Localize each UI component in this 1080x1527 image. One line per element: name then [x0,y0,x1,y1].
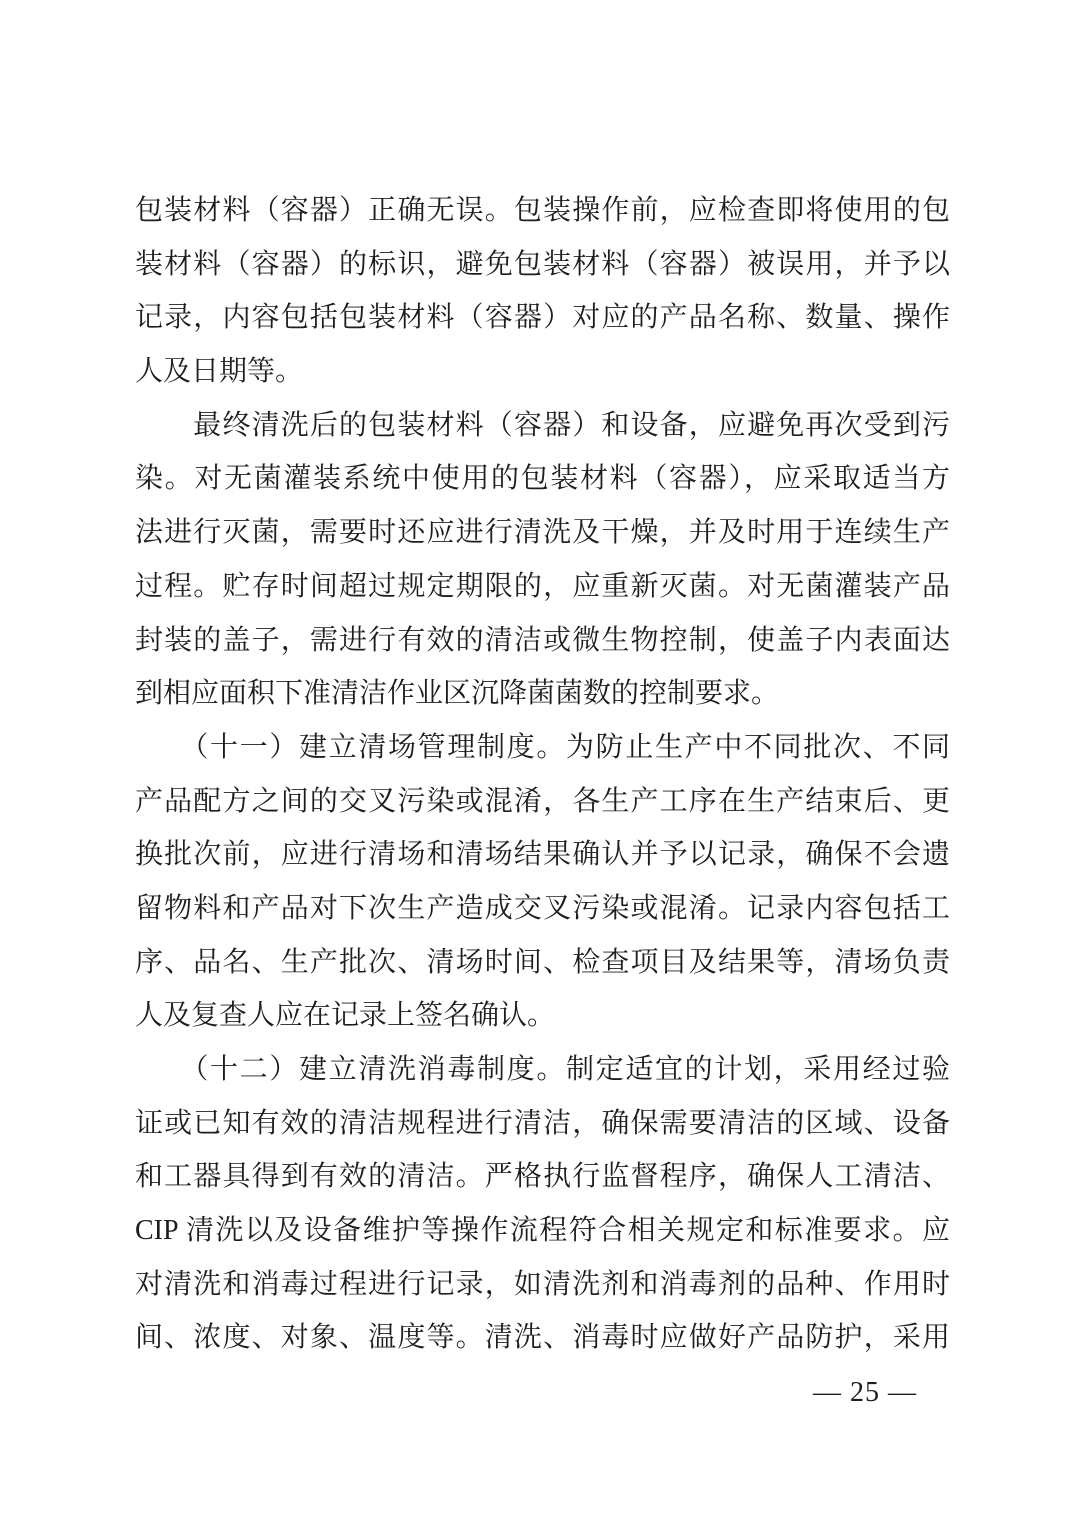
text-line: 证或已知有效的清洁规程进行清洁，确保需要清洁的区域、设备 [135,1097,950,1151]
page-body: 包装材料（容器）正确无误。包装操作前，应检查即将使用的包 装材料（容器）的标识，… [135,184,950,1365]
document-page: 包装材料（容器）正确无误。包装操作前，应检查即将使用的包 装材料（容器）的标识，… [0,0,1080,1527]
text-line: 换批次前，应进行清场和清场结果确认并予以记录，确保不会遗 [135,828,950,882]
text-line: 对清洗和消毒过程进行记录，如清洗剂和消毒剂的品种、作用时 [135,1258,950,1312]
page-footer: — 25 — [813,1377,917,1409]
text-line: 封装的盖子，需进行有效的清洁或微生物控制，使盖子内表面达 [135,614,950,668]
text-line: 最终清洗后的包装材料（容器）和设备，应避免再次受到污 [135,399,950,453]
text-line: 产品配方之间的交叉污染或混淆，各生产工序在生产结束后、更 [135,775,950,829]
text-line: 到相应面积下准清洁作业区沉降菌菌数的控制要求。 [135,667,950,721]
text-line: 人及日期等。 [135,345,950,399]
text-line: 留物料和产品对下次生产造成交叉污染或混淆。记录内容包括工 [135,882,950,936]
text-line: 序、品名、生产批次、清场时间、检查项目及结果等，清场负责 [135,936,950,990]
page-number: — 25 — [813,1377,917,1408]
text-line: 染。对无菌灌装系统中使用的包装材料（容器），应采取适当方 [135,452,950,506]
text-line: 记录，内容包括包装材料（容器）对应的产品名称、数量、操作 [135,291,950,345]
text-line: 过程。贮存时间超过规定期限的，应重新灭菌。对无菌灌装产品 [135,560,950,614]
text-line: （十一）建立清场管理制度。为防止生产中不同批次、不同 [135,721,950,775]
text-line: （十二）建立清洗消毒制度。制定适宜的计划，采用经过验 [135,1043,950,1097]
text-line: CIP 清洗以及设备维护等操作流程符合相关规定和标准要求。应 [135,1204,950,1258]
text-line: 包装材料（容器）正确无误。包装操作前，应检查即将使用的包 [135,184,950,238]
text-line: 法进行灭菌，需要时还应进行清洗及干燥，并及时用于连续生产 [135,506,950,560]
text-line: 装材料（容器）的标识，避免包装材料（容器）被误用，并予以 [135,238,950,292]
text-line: 和工器具得到有效的清洁。严格执行监督程序，确保人工清洁、 [135,1150,950,1204]
text-line: 间、浓度、对象、温度等。清洗、消毒时应做好产品防护，采用 [135,1311,950,1365]
text-line: 人及复查人应在记录上签名确认。 [135,989,950,1043]
